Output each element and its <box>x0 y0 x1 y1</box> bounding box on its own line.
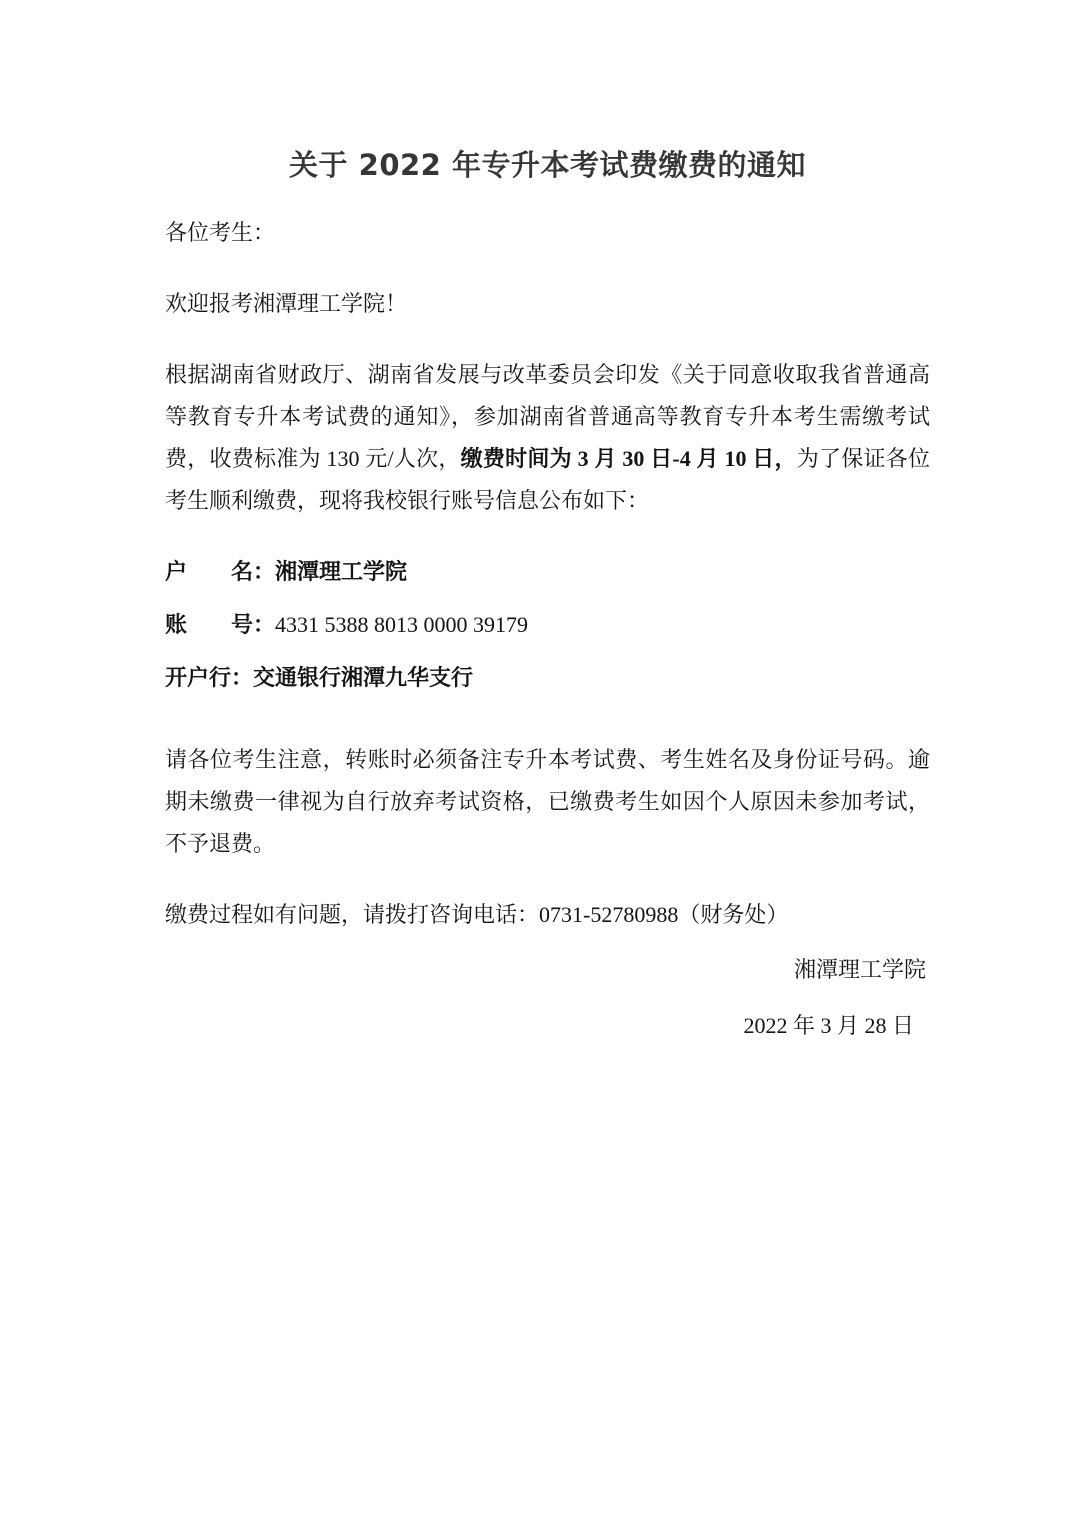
greeting: 欢迎报考湘潭理工学院！ <box>165 283 930 325</box>
account-name-value: 湘潭理工学院 <box>275 559 407 584</box>
bank-account-info: 户 名：湘潭理工学院 账 号：4331 5388 8013 0000 39179… <box>165 551 930 699</box>
signature-organization: 湘潭理工学院 <box>165 949 930 991</box>
body-paragraph-1: 根据湖南省财政厅、湖南省发展与改革委员会印发《关于同意收取我省普通高等教育专升本… <box>165 354 930 522</box>
account-bank-row: 开户行：交通银行湘潭九华支行 <box>165 657 930 699</box>
signature-date: 2022 年 3 月 28 日 <box>165 1005 930 1047</box>
account-name-row: 户 名：湘潭理工学院 <box>165 551 930 593</box>
account-bank-value: 交通银行湘潭九华支行 <box>253 665 473 690</box>
account-number-value: 4331 5388 8013 0000 39179 <box>275 612 528 637</box>
body-paragraph-2: 请各位考生注意，转账时必须备注专升本考试费、考生姓名及身份证号码。逾期未缴费一律… <box>165 739 930 865</box>
account-number-row: 账 号：4331 5388 8013 0000 39179 <box>165 604 930 646</box>
para1-payment-period-bold: 缴费时间为 3 月 30 日-4 月 10 日， <box>461 446 797 471</box>
notice-document: 关于 2022 年专升本考试费缴费的通知 各位考生： 欢迎报考湘潭理工学院！ 根… <box>0 0 1080 1527</box>
contact-phone-line: 缴费过程如有问题，请拨打咨询电话：0731-52780988（财务处） <box>165 894 930 936</box>
account-name-label: 户 名： <box>165 559 275 584</box>
account-bank-label: 开户行： <box>165 665 253 690</box>
salutation: 各位考生： <box>165 212 930 254</box>
account-number-label: 账 号： <box>165 612 275 637</box>
document-title: 关于 2022 年专升本考试费缴费的通知 <box>165 146 930 184</box>
